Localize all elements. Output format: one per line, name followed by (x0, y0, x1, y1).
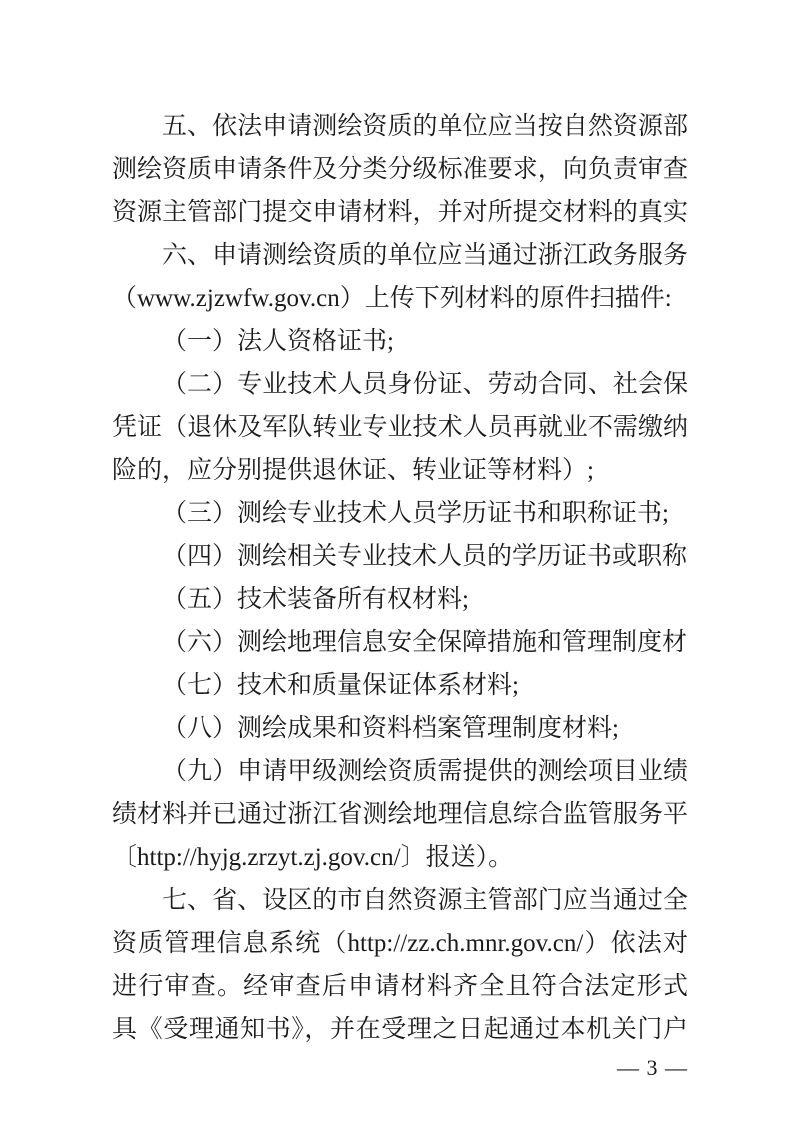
list-item-7: （七）技术和质量保证体系材料; (112, 664, 688, 707)
para-five-line-2: 测绘资质申请条件及分类分级标准要求，向负责审查的自然 (112, 148, 688, 191)
list-item-4: （四）测绘相关专业技术人员的学历证书或职称证书; (112, 535, 688, 578)
list-item-2-line-3: 险的，应分别提供退休证、转业证等材料）; (112, 449, 688, 492)
list-item-9-line-1: （九）申请甲级测绘资质需提供的测绘项目业绩材料（业 (112, 750, 688, 793)
list-item-2-line-1: （二）专业技术人员身份证、劳动合同、社会保险缴纳 (112, 363, 688, 406)
para-six-line-1: 六、申请测绘资质的单位应当通过浙江政务服务网 (112, 234, 688, 277)
list-item-6: （六）测绘地理信息安全保障措施和管理制度材料; (112, 621, 688, 664)
para-seven-line-2: 资质管理信息系统（http://zz.ch.mnr.gov.cn/）依法对申请材… (112, 922, 688, 965)
document-page: 五、依法申请测绘资质的单位应当按自然资源部制定的 测绘资质申请条件及分类分级标准… (0, 0, 800, 1132)
para-six-line-2: （www.zjzwfw.gov.cn）上传下列材料的原件扫描件: (112, 277, 688, 320)
page-number: — 3 — (617, 1054, 688, 1082)
list-item-5: （五）技术装备所有权材料; (112, 578, 688, 621)
list-item-9-line-3: 〔http://hyjg.zrzyt.zj.gov.cn/〕报送）。 (112, 836, 688, 879)
list-item-3: （三）测绘专业技术人员学历证书和职称证书; (112, 492, 688, 535)
list-item-1: （一）法人资格证书; (112, 320, 688, 363)
para-seven-line-1: 七、省、设区的市自然资源主管部门应当通过全国测绘 (112, 879, 688, 922)
list-item-8: （八）测绘成果和资料档案管理制度材料; (112, 707, 688, 750)
para-five-line-1: 五、依法申请测绘资质的单位应当按自然资源部制定的 (112, 105, 688, 148)
para-seven-line-4: 具《受理通知书》，并在受理之日起通过本机关门户网站（或 (112, 1008, 688, 1051)
document-text-block: 五、依法申请测绘资质的单位应当按自然资源部制定的 测绘资质申请条件及分类分级标准… (112, 105, 688, 1051)
list-item-2-line-2: 凭证（退休及军队转业专业技术人员再就业不需缴纳社会保 (112, 406, 688, 449)
para-seven-line-3: 进行审查。经审查后申请材料齐全且符合法定形式的，应出 (112, 965, 688, 1008)
para-five-line-3: 资源主管部门提交申请材料，并对所提交材料的真实性负责。 (112, 191, 688, 234)
list-item-9-line-2: 绩材料并已通过浙江省测绘地理信息综合监管服务平台 (112, 793, 688, 836)
